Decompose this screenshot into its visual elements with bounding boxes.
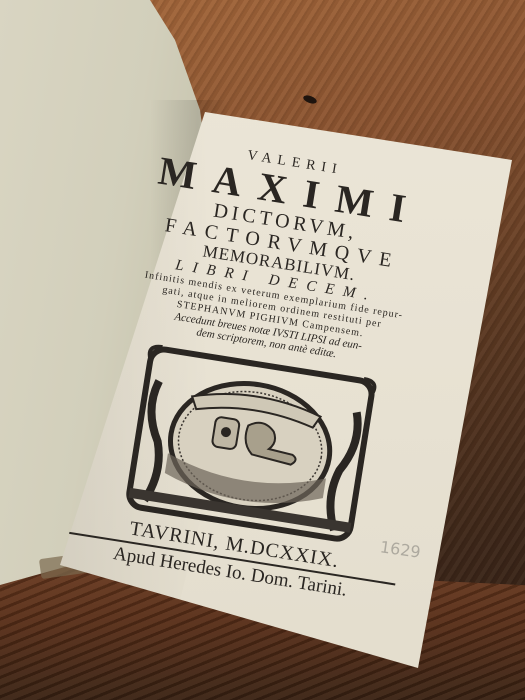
printers-device-woodcut xyxy=(118,338,382,548)
title-page-text: VALERII MAXIMI DICTORVM, FACTORVMQVE MEM… xyxy=(65,118,461,609)
photo-scene: VALERII MAXIMI DICTORVM, FACTORVMQVE MEM… xyxy=(0,0,525,700)
woodcut-illustration xyxy=(118,338,382,548)
